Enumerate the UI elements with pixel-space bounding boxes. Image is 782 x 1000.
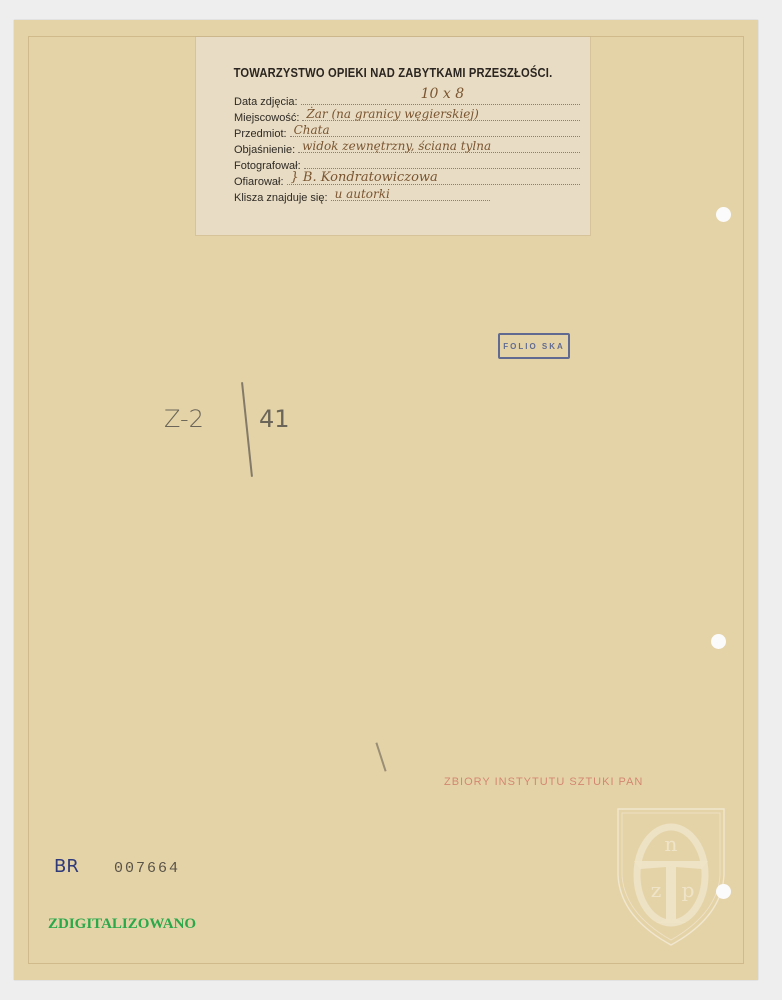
field-description: Objaśnienie: widok zewnętrzny, ściana ty… (234, 140, 580, 156)
collection-stamp: ZBIORY INSTYTUTU SZTUKI PAN (444, 776, 643, 788)
emblem-watermark-icon: n z p (612, 805, 730, 947)
field-label: Przedmiot: (234, 128, 287, 140)
inventory-number: 007664 (114, 860, 180, 877)
field-value: 10 x 8 (421, 86, 465, 102)
archive-card: TOWARZYSTWO OPIEKI NAD ZABYTKAMI PRZESZŁ… (14, 20, 758, 980)
pencil-code: Z-2 (164, 405, 204, 433)
punch-hole (716, 207, 731, 222)
svg-text:z: z (651, 878, 662, 902)
pencil-stroke (241, 382, 253, 477)
punch-hole (716, 884, 731, 899)
pencil-mark (375, 742, 386, 771)
field-label: Klisza znajduje się: (234, 192, 328, 204)
field-place: Miejscowość: Żar (na granicy węgierskiej… (234, 108, 580, 124)
field-value: } B. Kondratowiczowa (291, 170, 438, 185)
digitized-stamp: ZDIGITALIZOWANO (48, 916, 196, 933)
svg-text:n: n (665, 832, 678, 856)
field-value: Żar (na granicy węgierskiej) (306, 107, 478, 121)
svg-text:p: p (682, 878, 695, 902)
field-date: Data zdjęcia: 10 x 8 (234, 92, 580, 108)
field-label: Ofiarował: (234, 176, 284, 188)
field-value: u autorki (335, 187, 390, 201)
punch-hole (711, 634, 726, 649)
field-label: Miejscowość: (234, 112, 299, 124)
field-value: widok zewnętrzny, ściana tylna (302, 139, 491, 153)
field-label: Data zdjęcia: (234, 96, 298, 108)
field-subject: Przedmiot: Chata (234, 124, 580, 140)
blue-stamp: FOLIO SKA (498, 333, 570, 359)
pencil-number: 41 (259, 405, 290, 433)
field-label: Objaśnienie: (234, 144, 295, 156)
label-title: TOWARZYSTWO OPIEKI NAD ZABYTKAMI PRZESZŁ… (224, 65, 563, 80)
field-negative: Klisza znajduje się: u autorki (234, 188, 490, 204)
info-label: TOWARZYSTWO OPIEKI NAD ZABYTKAMI PRZESZŁ… (196, 37, 590, 235)
field-value: Chata (294, 123, 330, 137)
field-donor: Ofiarował: } B. Kondratowiczowa (234, 172, 580, 188)
br-mark: BR (54, 856, 79, 877)
